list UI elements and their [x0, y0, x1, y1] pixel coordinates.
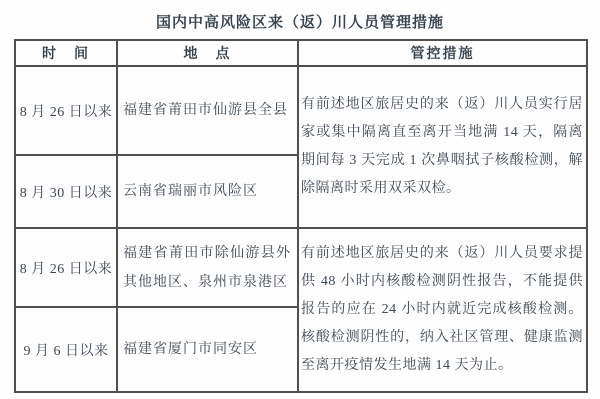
time-cell: 9 月 6 日以来	[15, 307, 117, 392]
table-row: 8 月 26 日以来 福建省莆田市除仙游县外其他地区、泉州市泉港区 有前述地区旅…	[15, 228, 587, 307]
place-cell: 福建省莆田市除仙游县外其他地区、泉州市泉港区	[117, 228, 298, 307]
place-cell: 福建省厦门市同安区	[117, 307, 298, 392]
time-cell: 8 月 26 日以来	[15, 66, 117, 155]
place-cell: 福建省莆田市仙游县全县	[117, 66, 298, 155]
table-header-row: 时 间 地 点 管控措施	[15, 40, 587, 66]
table-row: 8 月 26 日以来 福建省莆田市仙游县全县 有前述地区旅居史的来（返）川人员实…	[15, 66, 587, 155]
time-cell: 8 月 26 日以来	[15, 228, 117, 307]
column-header-measure: 管控措施	[298, 40, 587, 66]
measures-table: 时 间 地 点 管控措施 8 月 26 日以来 福建省莆田市仙游县全县 有前述地…	[14, 39, 588, 393]
measure-cell-group-2: 有前述地区旅居史的来（返）川人员要求提供 48 小时内核酸检测阴性报告，不能提供…	[298, 228, 587, 392]
document-page: 国内中高风险区来（返）川人员管理措施 时 间 地 点 管控措施 8 月 26 日…	[0, 0, 600, 399]
page-title: 国内中高风险区来（返）川人员管理措施	[0, 0, 600, 39]
column-header-place: 地 点	[117, 40, 298, 66]
place-cell: 云南省瑞丽市风险区	[117, 155, 298, 228]
measure-cell-group-1: 有前述地区旅居史的来（返）川人员实行居家或集中隔离直至离开当地满 14 天，隔离…	[298, 66, 587, 228]
time-cell: 8 月 30 日以来	[15, 155, 117, 228]
column-header-time: 时 间	[15, 40, 117, 66]
